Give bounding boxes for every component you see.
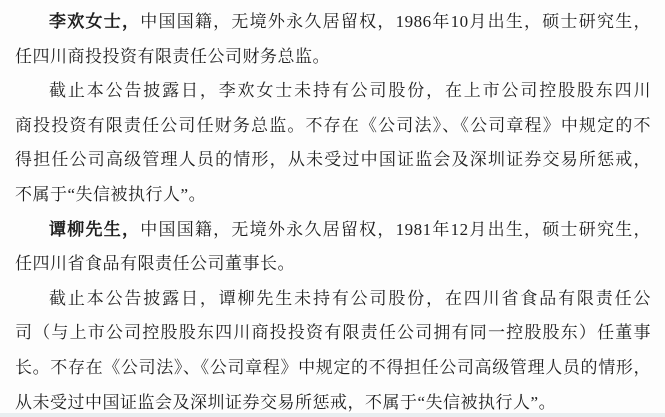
text-run: 商投投资有限责任公司任财务总监。不存在《公司法》、《公司章程》中规定的不 xyxy=(15,116,651,135)
text-run: 任四川省食品有限责任公司董事长。 xyxy=(15,254,295,273)
text-run: 中国国籍，无境外永久居留权，1981年12月出生，硕士研究生， xyxy=(140,220,651,239)
text-line: 截止本公告披露日，谭柳先生未持有公司股份，在四川省食品有限责任公 xyxy=(15,282,651,317)
text-run: 司（与上市公司控股股东四川商投投资有限责任公司拥有同一控股股东）任董事 xyxy=(15,323,651,342)
text-line: 任四川省食品有限责任公司董事长。 xyxy=(15,247,651,282)
text-run: 长。不存在《公司法》、《公司章程》中规定的不得担任公司高级管理人员的情形， xyxy=(15,358,651,377)
text-line: 商投投资有限责任公司任财务总监。不存在《公司法》、《公司章程》中规定的不 xyxy=(15,109,651,144)
text-line: 长。不存在《公司法》、《公司章程》中规定的不得担任公司高级管理人员的情形， xyxy=(15,351,651,386)
paragraph-li-huan-disclosure: 截止本公告披露日，李欢女士未持有公司股份，在上市公司控股股东四川 商投投资有限责… xyxy=(15,74,651,212)
text-line: 谭柳先生，中国国籍，无境外永久居留权，1981年12月出生，硕士研究生， xyxy=(15,213,651,248)
text-run: 中国国籍，无境外永久居留权，1986年10月出生，硕士研究生， xyxy=(140,12,651,31)
text-line: 不属于“失信被执行人”。 xyxy=(15,178,651,213)
text-line: 得担任公司高级管理人员的情形，从未受过中国证监会及深圳证券交易所惩戒， xyxy=(15,143,651,178)
person-name-li-huan: 李欢女士， xyxy=(49,12,140,31)
announcement-document-page: 李欢女士，中国国籍，无境外永久居留权，1986年10月出生，硕士研究生， 任四川… xyxy=(0,0,665,417)
text-run: 不属于“失信被执行人”。 xyxy=(15,185,206,204)
scan-bottom-edge xyxy=(0,413,665,417)
text-line: 司（与上市公司控股股东四川商投投资有限责任公司拥有同一控股股东）任董事 xyxy=(15,316,651,351)
paragraph-li-huan-bio: 李欢女士，中国国籍，无境外永久居留权，1986年10月出生，硕士研究生， 任四川… xyxy=(15,5,651,74)
text-line: 截止本公告披露日，李欢女士未持有公司股份，在上市公司控股股东四川 xyxy=(15,74,651,109)
paragraph-tan-liu-disclosure: 截止本公告披露日，谭柳先生未持有公司股份，在四川省食品有限责任公 司（与上市公司… xyxy=(15,282,651,417)
paragraph-tan-liu-bio: 谭柳先生，中国国籍，无境外永久居留权，1981年12月出生，硕士研究生， 任四川… xyxy=(15,213,651,282)
text-run: 任四川商投投资有限责任公司财务总监。 xyxy=(15,47,330,66)
text-run: 从未受过中国证监会及深圳证券交易所惩戒，不属于“失信被执行人”。 xyxy=(15,393,556,412)
text-line: 任四川商投投资有限责任公司财务总监。 xyxy=(15,40,651,75)
text-run: 截止本公告披露日，谭柳先生未持有公司股份，在四川省食品有限责任公 xyxy=(49,289,651,308)
text-run: 截止本公告披露日，李欢女士未持有公司股份，在上市公司控股股东四川 xyxy=(49,81,651,100)
text-line: 李欢女士，中国国籍，无境外永久居留权，1986年10月出生，硕士研究生， xyxy=(15,5,651,40)
person-name-tan-liu: 谭柳先生， xyxy=(49,220,140,239)
text-run: 得担任公司高级管理人员的情形，从未受过中国证监会及深圳证券交易所惩戒， xyxy=(15,150,651,169)
